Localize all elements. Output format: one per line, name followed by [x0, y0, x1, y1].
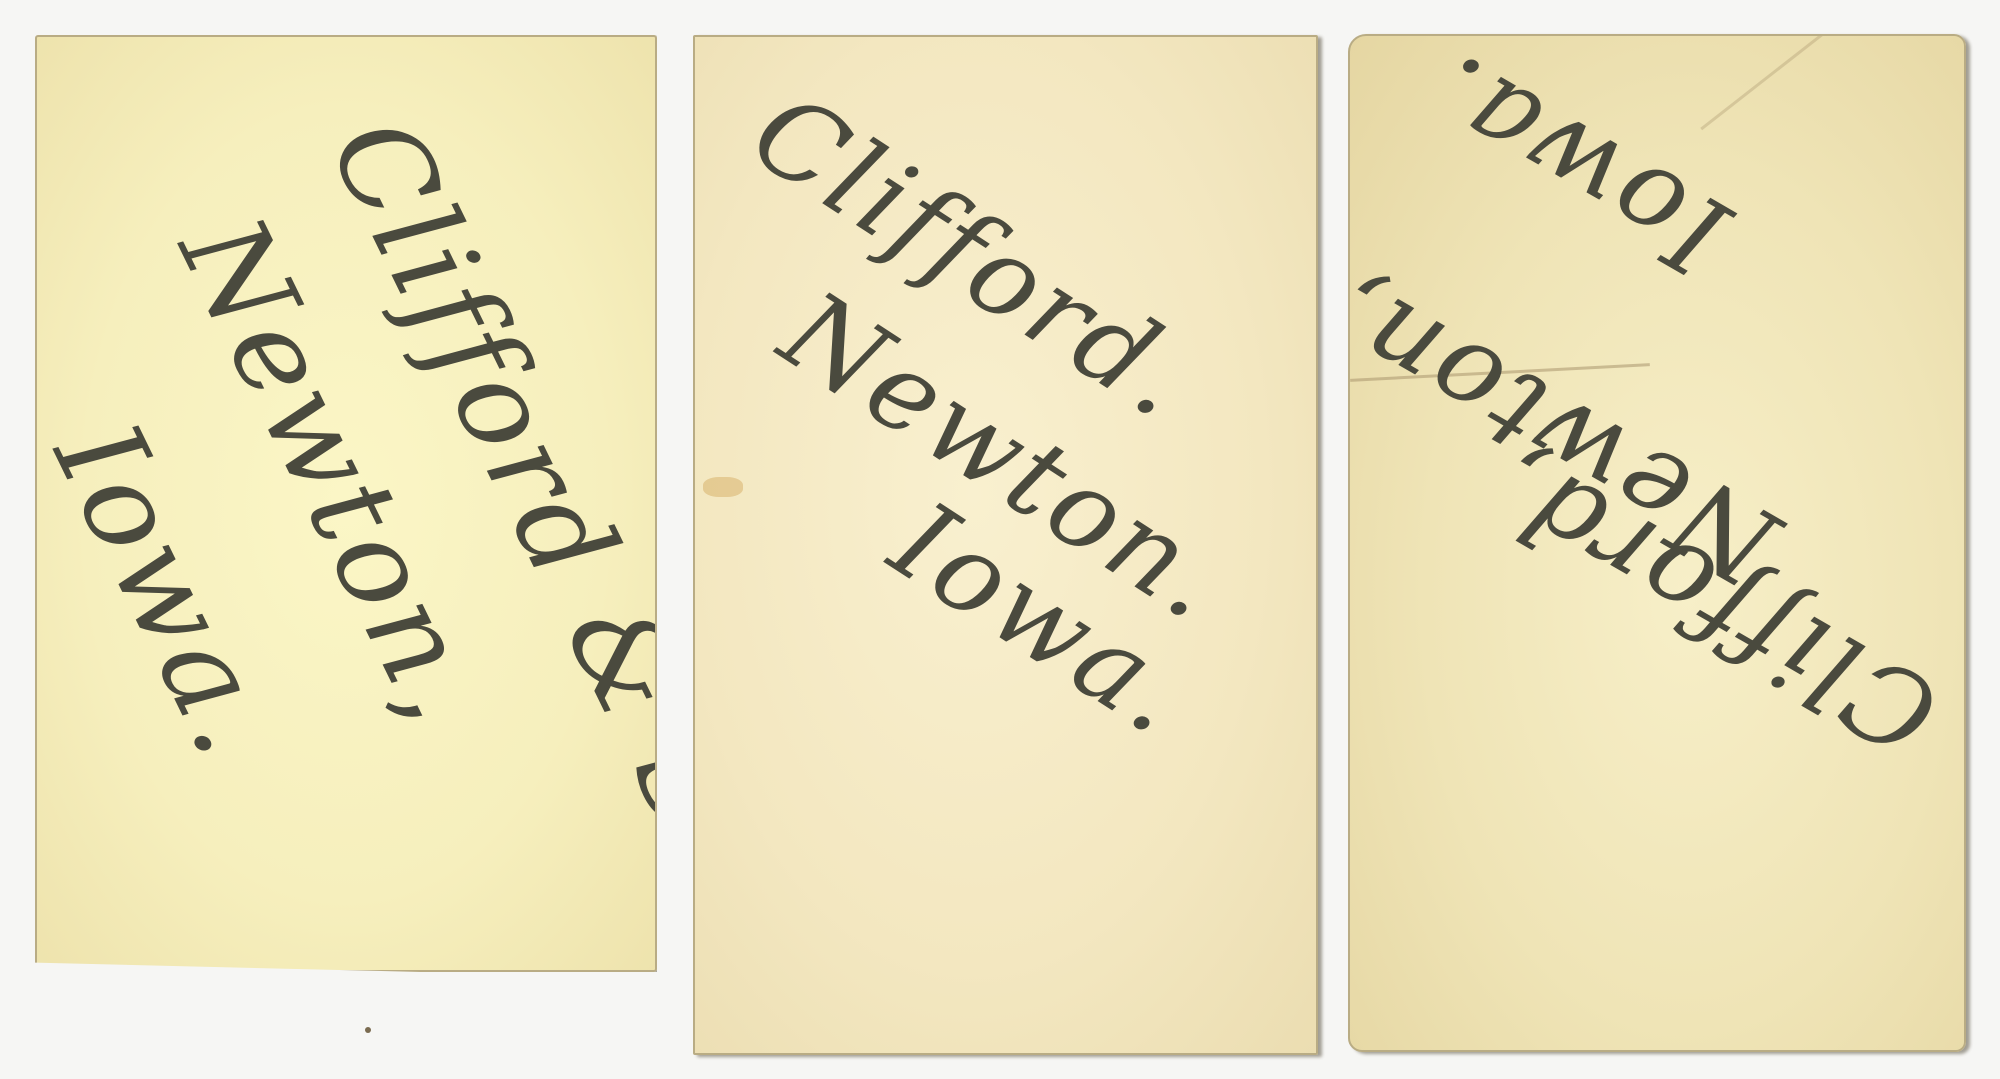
dust-speck	[365, 1027, 371, 1033]
crease	[1700, 34, 1859, 130]
card-clifford-newton: Clifford. Newton. Iowa.	[693, 35, 1318, 1055]
stain	[703, 477, 743, 497]
scan-surface: Clifford & Son Newton, Iowa. Clifford. N…	[0, 0, 2000, 1079]
card-clifford-iowa-inverted: Clifford, Newton, Iowa.	[1348, 34, 1966, 1052]
card-3-line-3: Iowa.	[1404, 34, 1749, 301]
card-clifford-and-son: Clifford & Son Newton, Iowa.	[35, 35, 657, 972]
